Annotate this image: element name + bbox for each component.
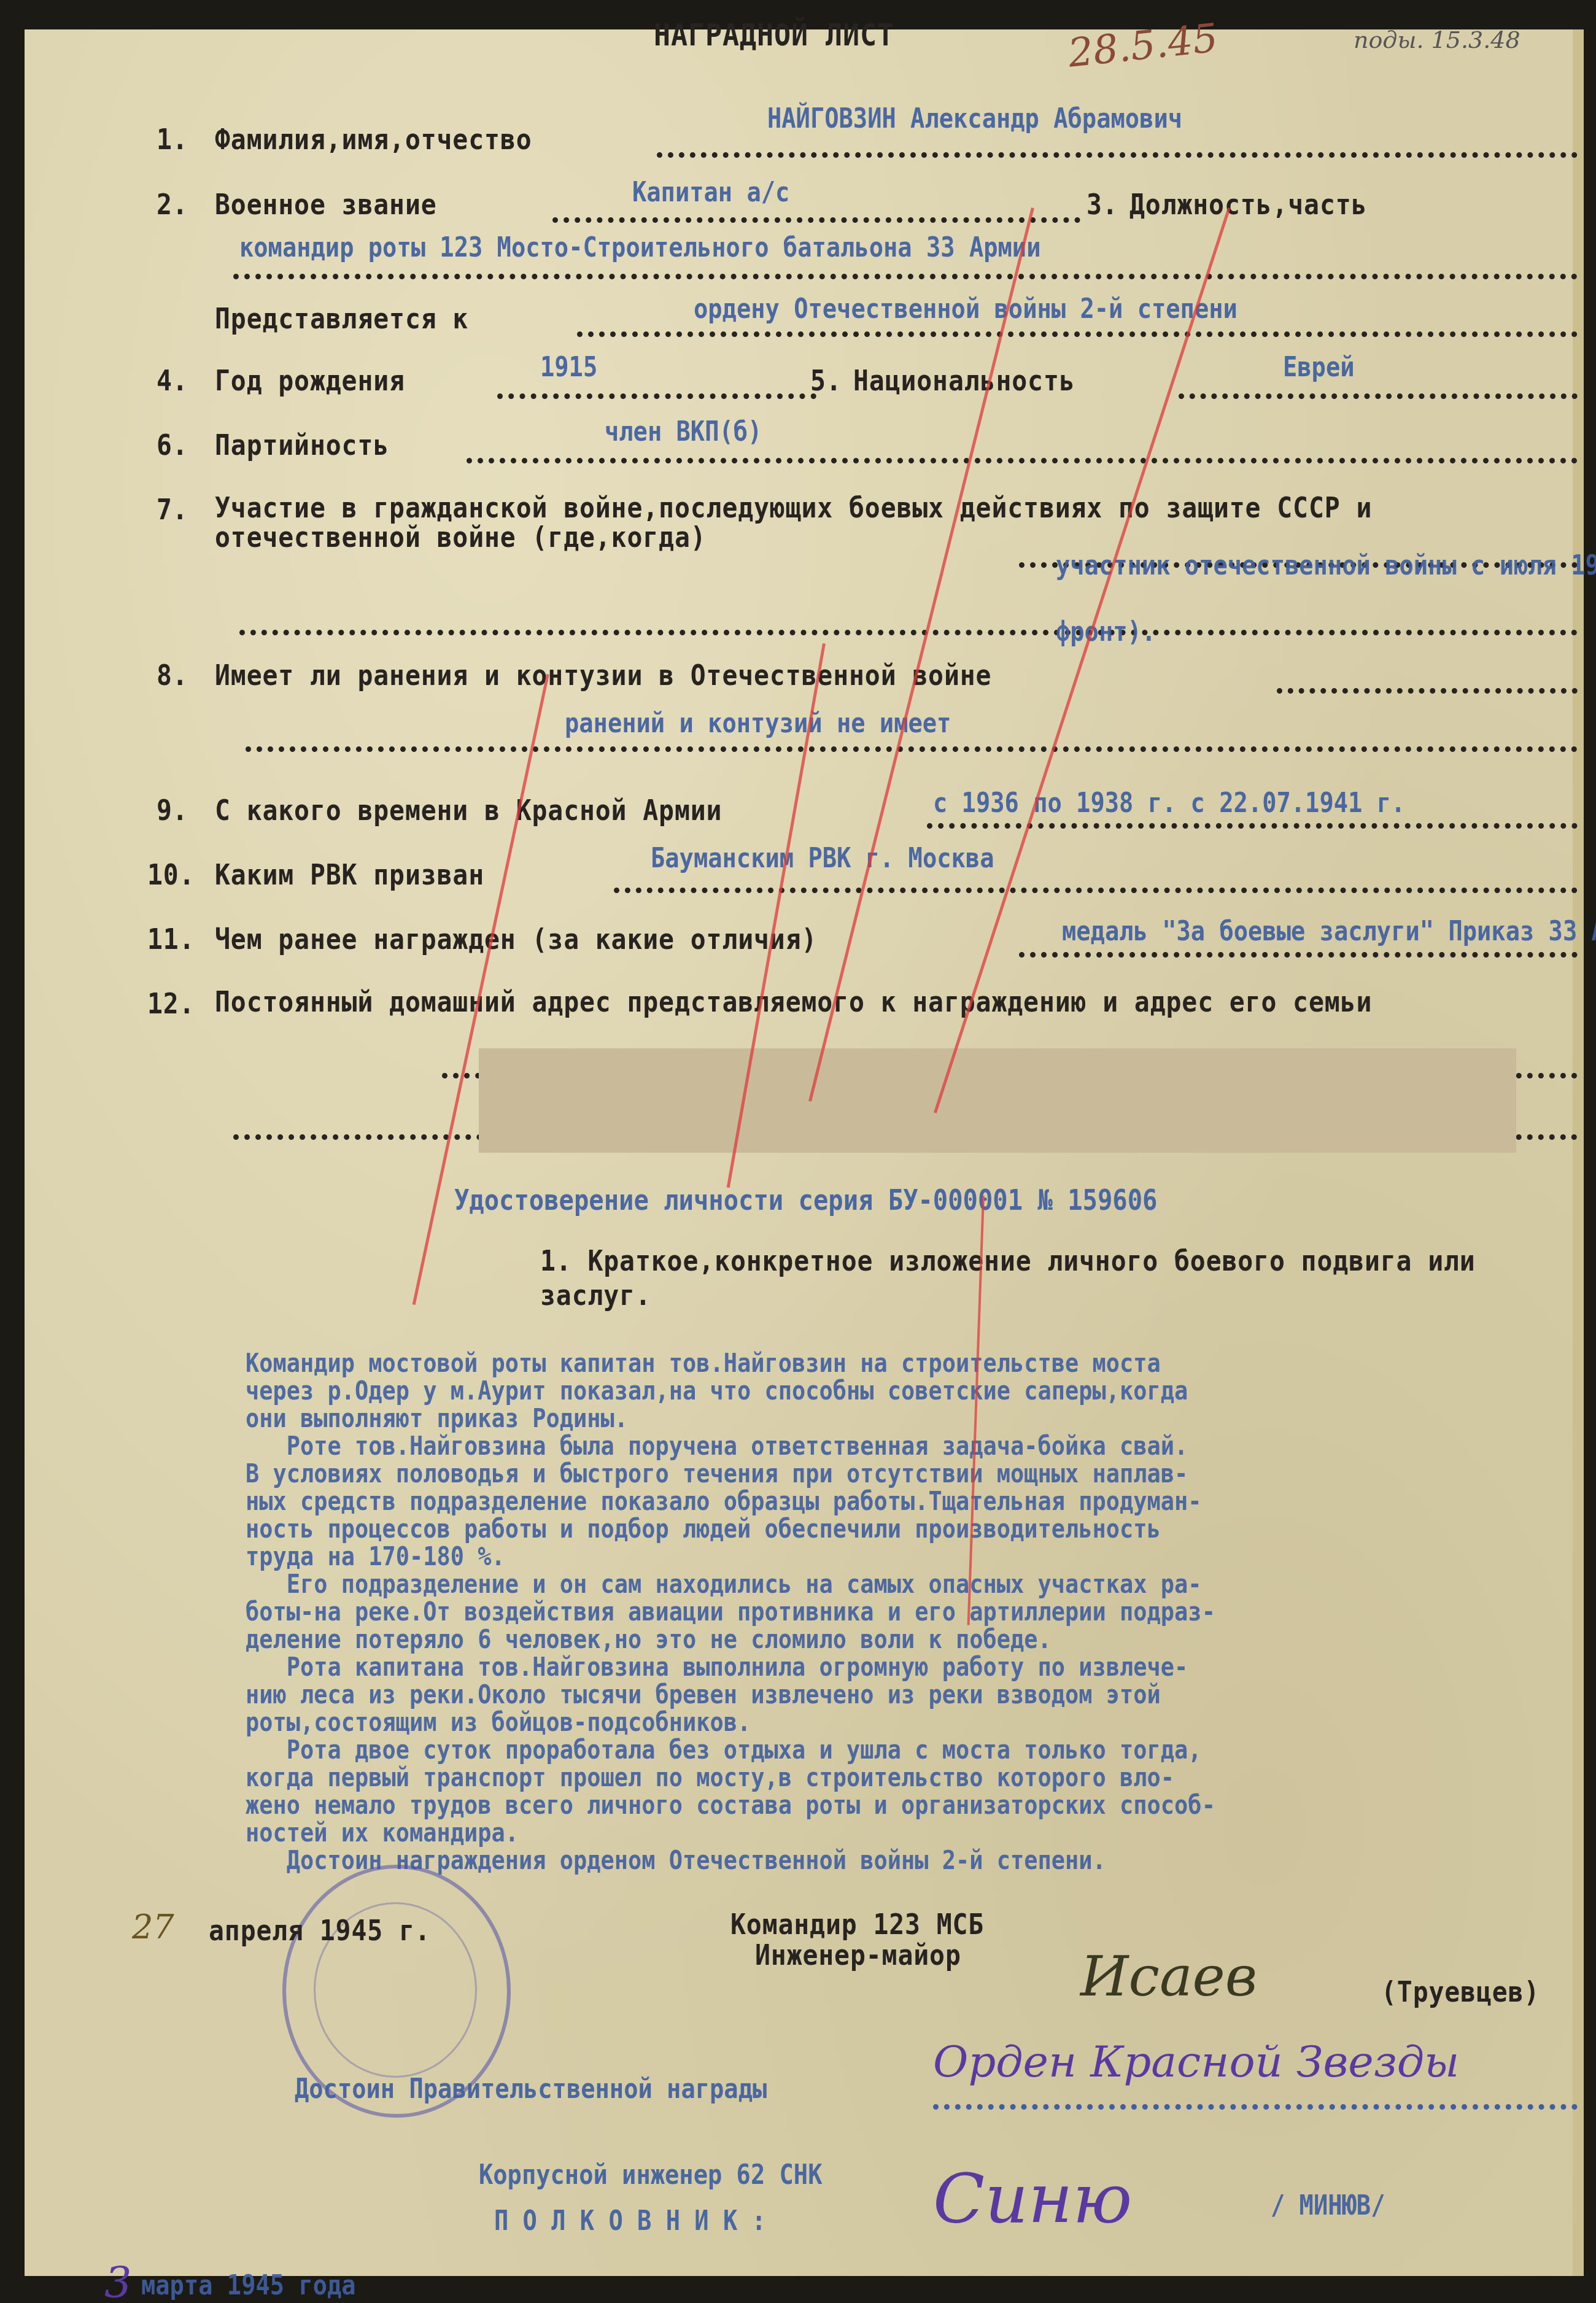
field-9-number: 9. (157, 794, 188, 827)
field-10-number: 10. (147, 858, 195, 891)
field-11-value: медаль "За боевые заслуги" Приказ 33 Арм… (1062, 907, 1596, 956)
redacted-address (479, 1048, 1516, 1153)
field-6-label: Партийность (215, 428, 389, 462)
dotted-leader (467, 458, 1578, 463)
field-8-value: ранений и контузий не имеет (565, 708, 951, 739)
field-1-value: НАЙГОВЗИН Александр Абрамович (767, 103, 1182, 134)
field-5-number: 5. (810, 364, 842, 397)
red-pencil-mark (808, 207, 1034, 1102)
field-1-number: 1. (157, 123, 188, 156)
sig1-name: (Труевцев) (1381, 1975, 1540, 2008)
field-12-number: 12. (147, 987, 195, 1020)
field-6-value: член ВКП(б) (605, 416, 762, 447)
field-8-number: 8. (157, 659, 188, 692)
field-9-label: С какого времени в Красной Армии (215, 794, 722, 827)
field-2-value: Капитан а/с (632, 177, 789, 208)
dotted-leader (233, 274, 1578, 279)
id-card-line: Удостоверение личности серия БУ-000001 №… (454, 1183, 1157, 1217)
field-8-label: Имеет ли ранения и контузии в Отечествен… (215, 659, 991, 692)
presented-label: Представляется к (215, 302, 468, 335)
conclusion-label: Достоин Правительственной награды (295, 2073, 767, 2105)
award-sheet: НАГРАДНОЙ ЛИСТ 28.5.45 поды. 15.3.48 1. … (25, 29, 1584, 2276)
field-11-label: Чем ранее награжден (за какие отличия) (215, 923, 817, 956)
dotted-leader (927, 823, 1578, 829)
field-6-number: 6. (157, 428, 188, 462)
field-9-value: с 1936 по 1938 г. с 22.07.1941 г. (933, 788, 1405, 819)
sig2-date: марта 1945 года (141, 2270, 356, 2301)
red-date-note: 28.5.45 (1066, 15, 1220, 76)
sig2-name: / МИНЮВ/ (1271, 2190, 1385, 2221)
field-3-label: Должность,часть (1129, 188, 1367, 221)
document-title: НАГРАДНОЙ ЛИСТ (654, 17, 894, 53)
field-5-value: Еврей (1283, 352, 1355, 383)
field-4-label: Год рождения (215, 364, 405, 397)
field-11-number: 11. (147, 923, 195, 956)
field-3-value: командир роты 123 Мосто-Строительного ба… (239, 232, 1040, 263)
field-1-label: Фамилия,имя,отчество (215, 123, 532, 156)
sig1-date-day: 27 (132, 1908, 174, 1946)
field-5-label: Национальность (853, 364, 1075, 397)
dotted-leader (933, 2104, 1578, 2110)
dotted-leader (614, 888, 1578, 893)
field-10-value: Бауманским РВК г. Москва (651, 843, 994, 874)
dotted-leader (577, 331, 1578, 337)
field-4-number: 4. (157, 364, 188, 397)
dotted-leader (1179, 393, 1578, 399)
sig1-signature: Исаев (1080, 1945, 1257, 2009)
dotted-leader (497, 393, 816, 399)
sig1-rank: Инженер-майор (755, 1938, 961, 1972)
field-2-number: 2. (157, 188, 188, 221)
field-2-label: Военное звание (215, 188, 437, 221)
sig1-date: апреля 1945 г. (209, 1914, 431, 1947)
sig2-position: Корпусной инженер 62 СНК (479, 2159, 822, 2191)
sig2-date-day: 3 (104, 2258, 132, 2303)
sig1-position: Командир 123 МСБ (730, 1908, 984, 1941)
field-7-value: участник отечественной войны с июля 1941… (1056, 533, 1596, 665)
field-7-number: 7. (157, 493, 188, 526)
narrative-text: Командир мостовой роты капитан тов.Найго… (246, 1349, 1434, 1874)
dotted-leader (552, 217, 1080, 223)
conclusion-handwritten: Орден Красной Звезды (933, 2037, 1459, 2087)
field-10-label: Каким РВК призван (215, 858, 484, 891)
field-4-value: 1915 (540, 352, 597, 383)
field-3-number: 3. (1087, 188, 1118, 221)
dotted-leader (657, 152, 1578, 158)
presented-value: ордену Отечественной войны 2-й степени (694, 293, 1238, 325)
section-heading: 1. Краткое,конкретное изложение личного … (540, 1244, 1479, 1312)
dotted-leader (1277, 688, 1578, 694)
sig2-signature: Синю (933, 2159, 1132, 2238)
pencil-note: поды. 15.3.48 (1354, 26, 1520, 53)
field-12-label: Постоянный домашний адрес представляемог… (215, 987, 1430, 1016)
sig2-rank: П О Л К О В Н И К : (494, 2205, 766, 2237)
dotted-leader (246, 746, 1578, 752)
